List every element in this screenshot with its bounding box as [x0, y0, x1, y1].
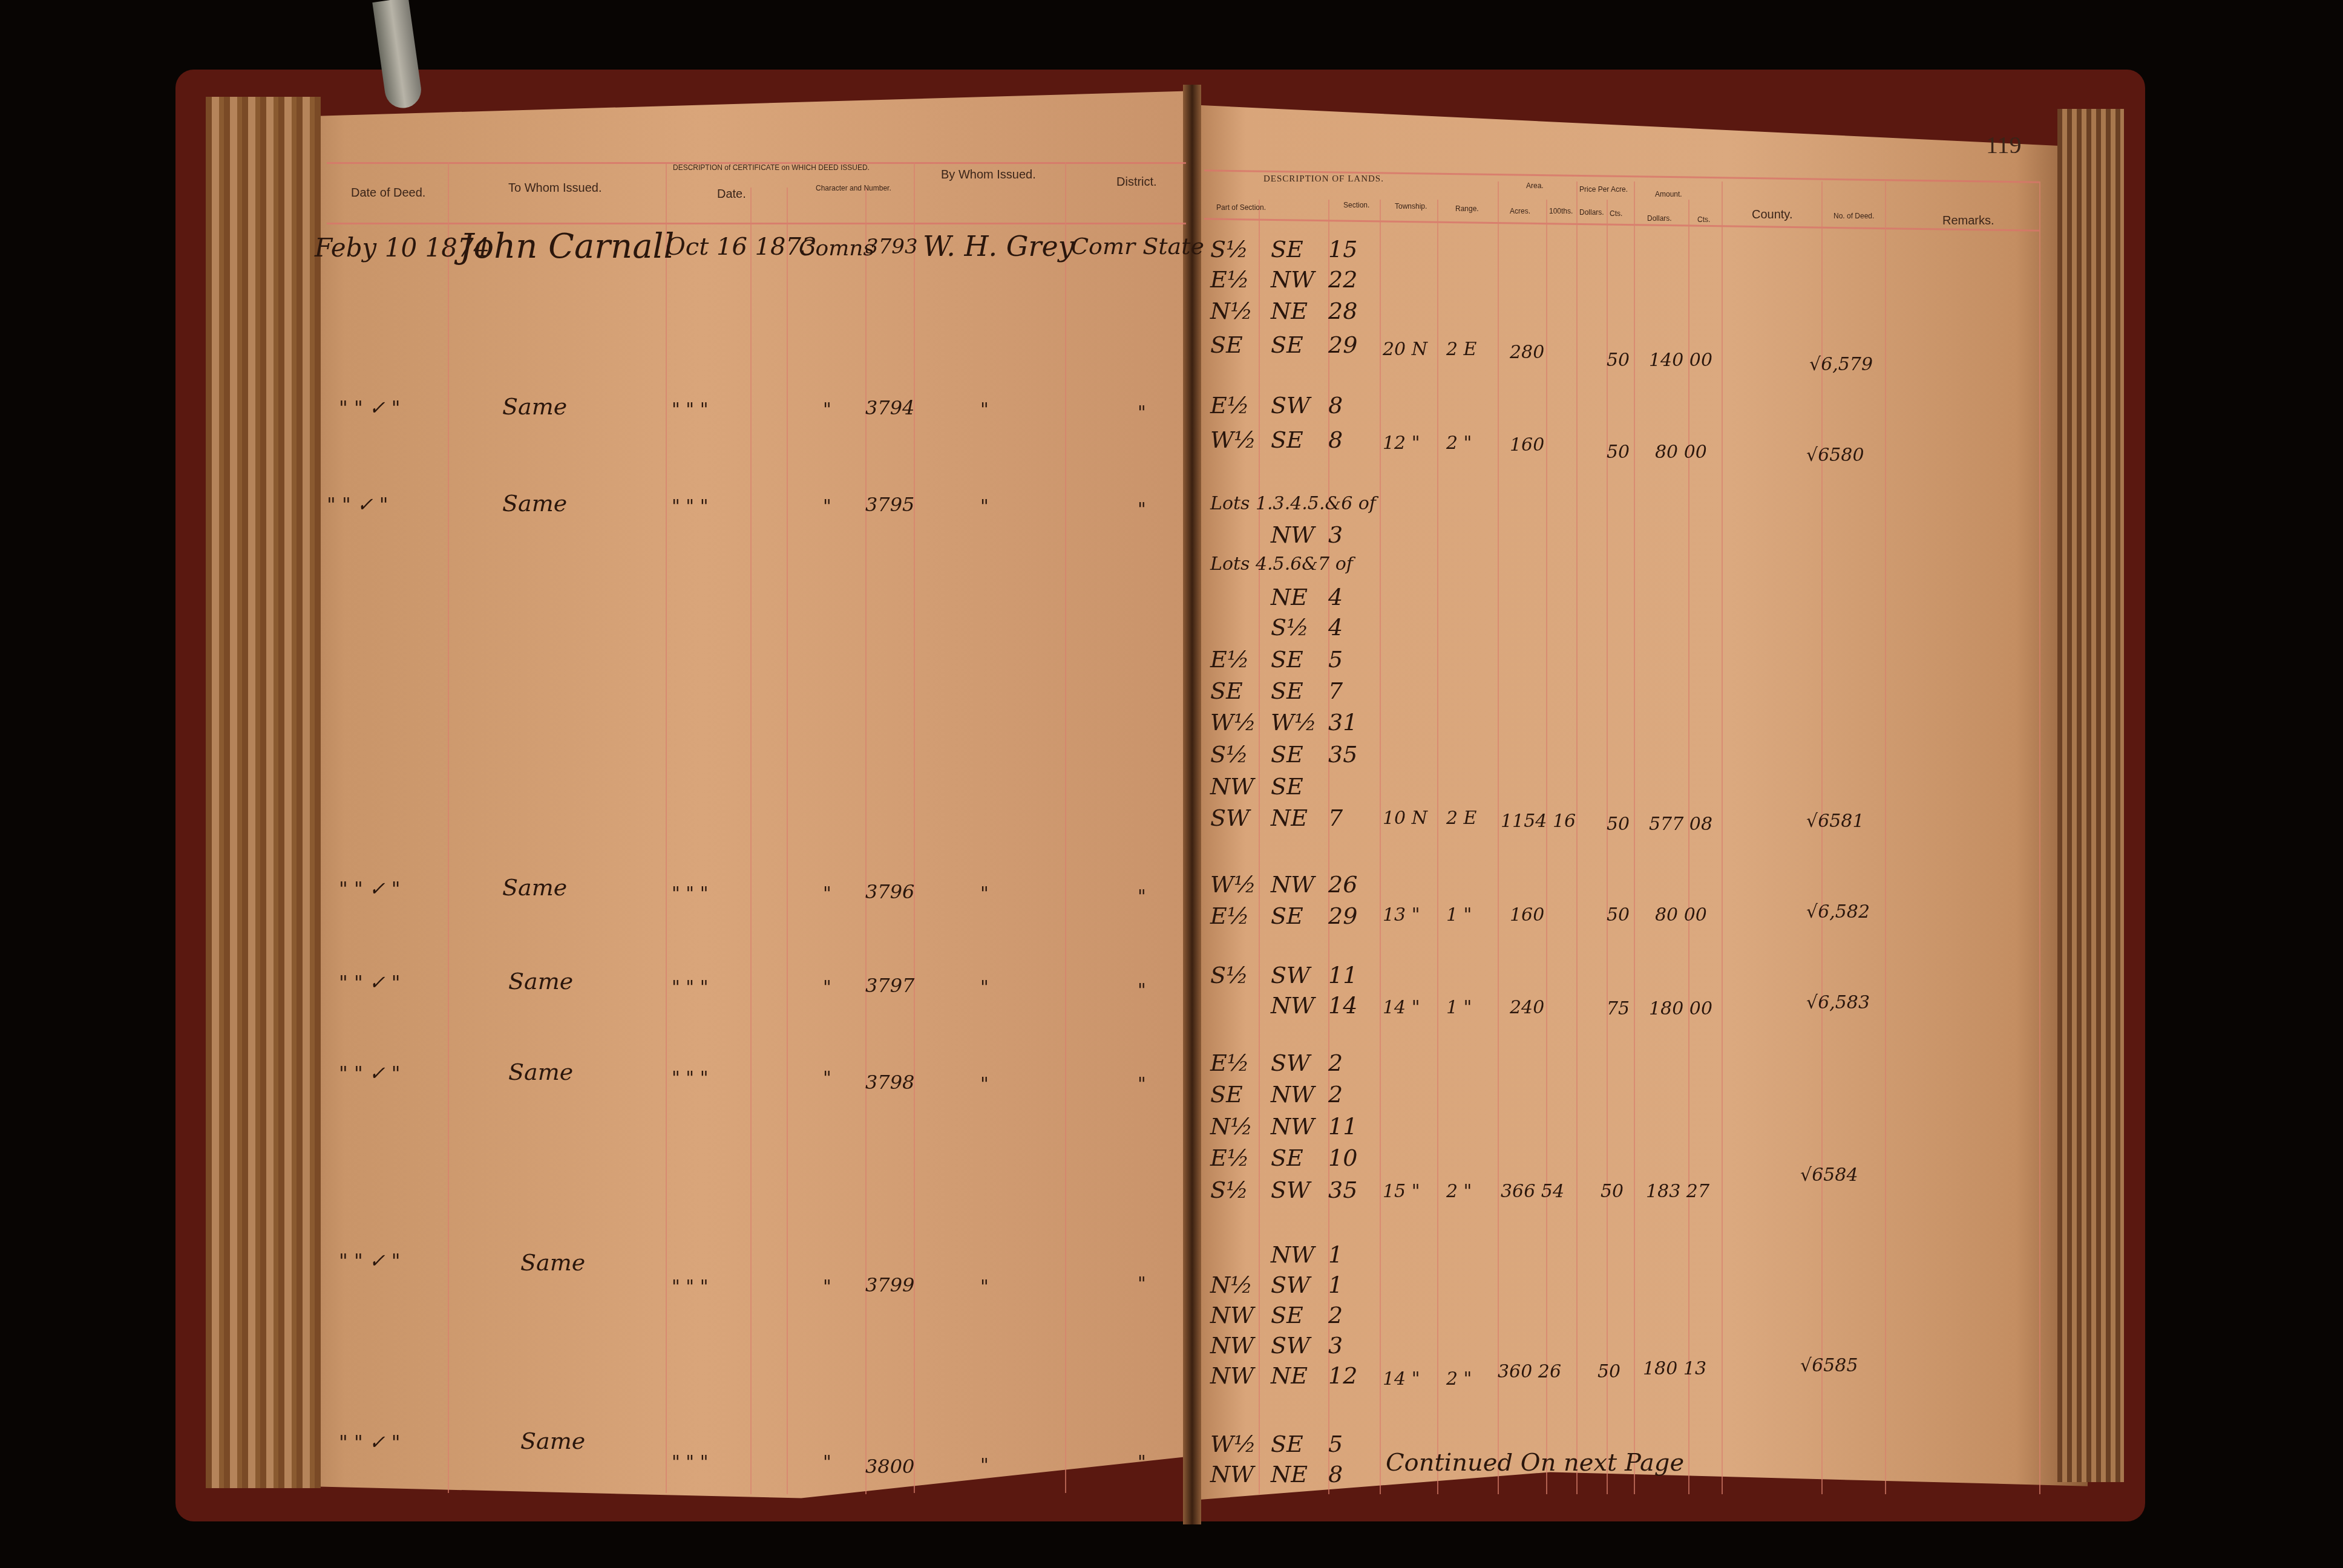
entry-date-of-deed: " " ✓ ": [339, 971, 400, 994]
amount-value: 80 00: [1655, 904, 1707, 926]
land-line: SESE29: [1210, 332, 1371, 358]
township-value: 10 N: [1383, 808, 1427, 829]
entry-cert-number: 3794: [865, 396, 914, 419]
land-line: NW14: [1210, 992, 1371, 1019]
entry-date-of-deed: " " ✓ ": [339, 877, 400, 900]
header-lands-group: DESCRIPTION OF LANDS.: [1263, 174, 1384, 185]
deed-number: √6580: [1806, 445, 1864, 466]
land-line: S½4: [1210, 614, 1371, 641]
header-to-whom-issued: To Whom Issued.: [508, 181, 602, 195]
range-value: 2 E: [1446, 339, 1477, 360]
entry-character: Comns: [799, 236, 874, 261]
entry-by-whom: ": [980, 1074, 989, 1095]
entry-date-of-deed: " " ✓ ": [327, 493, 388, 516]
range-value: 2 ": [1446, 1368, 1472, 1390]
right-page-edges: [2057, 109, 2124, 1482]
entry-district: ": [1138, 886, 1146, 907]
header-certificate-group: DESCRIPTION of CERTIFICATE on WHICH DEED…: [673, 163, 870, 172]
deed-number: √6,579: [1809, 354, 1873, 375]
amount-value: 80 00: [1655, 442, 1707, 463]
entry-by-whom: ": [980, 977, 989, 998]
column-rule: [1380, 200, 1381, 1494]
entry-cert-number: 3800: [865, 1455, 914, 1478]
price-cents-value: 50: [1607, 442, 1630, 463]
price-cents-value: 50: [1601, 1181, 1624, 1202]
header-bottom-rule: [327, 223, 1186, 224]
acres-value: 160: [1510, 904, 1544, 926]
column-rule: [1722, 181, 1723, 1494]
deed-number: √6581: [1806, 811, 1864, 832]
land-line: W½SE8: [1210, 426, 1371, 453]
column-rule: [787, 188, 788, 1494]
land-line: NWSE: [1210, 773, 1371, 800]
column-rule: [1576, 181, 1578, 1494]
range-value: 2 ": [1446, 433, 1472, 454]
entry-to-whom: Same: [508, 1059, 573, 1085]
township-value: 20 N: [1383, 339, 1427, 360]
header-price-dollars: Dollars.: [1579, 208, 1604, 217]
land-line: S½SE15: [1210, 236, 1371, 263]
entry-cert-number: 3793: [865, 235, 918, 259]
land-line: E½NW22: [1210, 266, 1371, 293]
land-line: S½SW11: [1210, 962, 1371, 988]
acres-value: 360 26: [1498, 1361, 1561, 1382]
land-line: E½SE10: [1210, 1145, 1371, 1171]
land-line: Lots 4.5.6&7 of: [1210, 554, 1331, 575]
column-rule: [1546, 200, 1547, 1494]
entry-cert-date: " " ": [672, 1068, 708, 1089]
header-township: Township.: [1395, 202, 1427, 211]
land-line: NWNE12: [1210, 1362, 1371, 1389]
entry-to-whom: Same: [502, 874, 567, 901]
left-page: [206, 91, 1198, 1512]
price-cents-value: 50: [1607, 814, 1630, 835]
township-value: 13 ": [1383, 904, 1420, 926]
entry-character: ": [823, 977, 831, 998]
land-line: Lots 1.3.4.5.&6 of: [1210, 493, 1331, 514]
entry-cert-date: Oct 16 1873: [666, 233, 816, 261]
land-line: W½NW26: [1210, 871, 1371, 898]
entry-character: ": [823, 1452, 831, 1473]
entry-by-whom: ": [980, 1276, 989, 1298]
land-line: NWNE8: [1210, 1461, 1371, 1488]
land-line: E½SE29: [1210, 903, 1371, 929]
deed-number: √6,583: [1806, 992, 1870, 1013]
entry-cert-date: " " ": [672, 1276, 708, 1298]
header-acres: Acres.: [1510, 207, 1530, 215]
entry-to-whom: Same: [502, 490, 567, 517]
range-value: 1 ": [1446, 997, 1472, 1018]
land-line: W½W½31: [1210, 709, 1371, 736]
entry-date-of-deed: " " ✓ ": [339, 1249, 400, 1272]
column-rule: [666, 162, 667, 1493]
acres-value: 1154 16: [1501, 811, 1576, 832]
deed-number: √6585: [1800, 1355, 1858, 1376]
deed-number: √6584: [1800, 1165, 1858, 1186]
land-line: NW1: [1210, 1241, 1371, 1268]
column-rule: [1065, 162, 1066, 1493]
header-remarks: Remarks.: [1942, 214, 1994, 228]
column-rule: [1821, 181, 1823, 1494]
entry-to-whom: Same: [520, 1428, 585, 1454]
land-line: E½SW8: [1210, 392, 1371, 419]
land-line: SWNE7: [1210, 805, 1371, 831]
land-line: NE4: [1210, 584, 1371, 610]
column-rule: [448, 162, 449, 1493]
land-line: NWSE2: [1210, 1302, 1371, 1328]
township-value: 15 ": [1383, 1181, 1420, 1202]
entry-district: ": [1138, 1273, 1146, 1295]
entry-character: ": [823, 496, 831, 517]
entry-by-whom: W. H. Grey: [923, 230, 1074, 263]
township-value: 12 ": [1383, 433, 1420, 454]
acres-value: 240: [1510, 997, 1544, 1018]
column-rule: [1688, 200, 1689, 1494]
header-district: District.: [1116, 175, 1157, 189]
header-date-of-deed: Date of Deed.: [351, 186, 425, 200]
column-rule: [1885, 181, 1886, 1494]
entry-district: ": [1138, 402, 1146, 423]
column-rule: [1498, 181, 1499, 1494]
header-price-group: Price Per Acre.: [1579, 185, 1628, 194]
entry-to-whom: John Carnall: [460, 227, 674, 266]
entry-cert-date: " " ": [672, 496, 708, 517]
land-line: N½SW1: [1210, 1272, 1371, 1298]
entry-date-of-deed: " " ✓ ": [339, 1431, 400, 1454]
range-value: 2 ": [1446, 1181, 1472, 1202]
entry-character: ": [823, 399, 831, 420]
amount-value: 180 00: [1649, 998, 1712, 1019]
header-cert-date: Date.: [717, 188, 746, 201]
land-line: NW3: [1210, 521, 1371, 548]
acres-value: 280: [1510, 342, 1544, 363]
price-cents-value: 75: [1607, 998, 1630, 1019]
land-line: S½SW35: [1210, 1177, 1371, 1203]
amount-value: 180 13: [1643, 1358, 1706, 1379]
entry-character: ": [823, 1276, 831, 1298]
price-cents-value: 50: [1607, 904, 1630, 926]
entry-district: ": [1138, 980, 1146, 1001]
entry-cert-number: 3795: [865, 493, 914, 516]
header-price-cents: Cts.: [1610, 209, 1622, 218]
entry-cert-date: " " ": [672, 883, 708, 904]
column-rule: [1607, 200, 1608, 1494]
land-line: SENW2: [1210, 1081, 1371, 1108]
price-cents-value: 50: [1597, 1361, 1620, 1382]
acres-value: 366 54: [1501, 1181, 1564, 1202]
left-page-edges: [206, 97, 321, 1488]
township-value: 14 ": [1383, 997, 1420, 1018]
column-rule: [1634, 181, 1635, 1494]
column-rule: [865, 188, 867, 1494]
land-line: SESE7: [1210, 678, 1371, 704]
acres-value: 160: [1510, 434, 1544, 456]
book-gutter: [1183, 85, 1201, 1524]
entry-cert-number: 3798: [865, 1071, 914, 1094]
amount-value: 183 27: [1646, 1181, 1709, 1202]
header-section: Section.: [1343, 201, 1369, 209]
land-line: S½SE35: [1210, 741, 1371, 768]
entry-cert-number: 3799: [865, 1273, 914, 1296]
entry-district: ": [1138, 1452, 1146, 1473]
entry-character: ": [823, 1068, 831, 1089]
entry-cert-date: " " ": [672, 977, 708, 998]
entry-date-of-deed: " " ✓ ": [339, 396, 400, 419]
entry-cert-number: 3797: [865, 974, 914, 997]
header-no-of-deed: No. of Deed.: [1833, 212, 1874, 220]
land-line: NWSW3: [1210, 1332, 1371, 1359]
amount-value: 140 00: [1649, 350, 1712, 371]
header-area-group: Area.: [1526, 181, 1544, 190]
entry-date-of-deed: " " ✓ ": [339, 1062, 400, 1085]
header-character-number: Character and Number.: [816, 184, 891, 192]
land-line: E½SE5: [1210, 646, 1371, 673]
entry-to-whom: Same: [502, 393, 567, 420]
entry-by-whom: ": [980, 399, 989, 420]
entry-by-whom: ": [980, 1455, 989, 1476]
price-cents-value: 50: [1607, 350, 1630, 371]
header-amount-dollars: Dollars.: [1647, 214, 1672, 223]
page-number: 119: [1986, 131, 2022, 159]
column-rule: [2039, 181, 2040, 1494]
land-line: N½NE28: [1210, 298, 1371, 324]
header-amount-group: Amount.: [1655, 190, 1682, 198]
amount-value: 577 08: [1649, 814, 1712, 835]
header-range: Range.: [1455, 204, 1479, 213]
continued-note: Continued On next Page: [1386, 1449, 1684, 1477]
header-county: County.: [1752, 208, 1792, 222]
entry-district: ": [1138, 1074, 1146, 1095]
entry-district: ": [1138, 499, 1146, 520]
entry-cert-date: " " ": [672, 399, 708, 420]
header-part-of-section: Part of Section.: [1216, 203, 1266, 212]
entry-cert-date: " " ": [672, 1452, 708, 1473]
header-100ths: 100ths.: [1549, 207, 1573, 215]
entry-to-whom: Same: [508, 968, 573, 995]
header-by-whom-issued: By Whom Issued.: [941, 168, 1036, 182]
entry-cert-number: 3796: [865, 880, 914, 903]
entry-district: Comr State: [1071, 233, 1204, 260]
column-rule: [750, 188, 752, 1494]
range-value: 1 ": [1446, 904, 1472, 926]
header-amount-cents: Cts.: [1697, 215, 1710, 224]
entry-by-whom: ": [980, 496, 989, 517]
range-value: 2 E: [1446, 808, 1477, 829]
land-line: N½NW11: [1210, 1113, 1371, 1140]
land-line: W½SE5: [1210, 1431, 1371, 1457]
deed-number: √6,582: [1806, 901, 1870, 923]
entry-by-whom: ": [980, 883, 989, 904]
township-value: 14 ": [1383, 1368, 1420, 1390]
entry-to-whom: Same: [520, 1249, 585, 1276]
land-line: E½SW2: [1210, 1050, 1371, 1076]
entry-character: ": [823, 883, 831, 904]
column-rule: [1437, 200, 1438, 1494]
